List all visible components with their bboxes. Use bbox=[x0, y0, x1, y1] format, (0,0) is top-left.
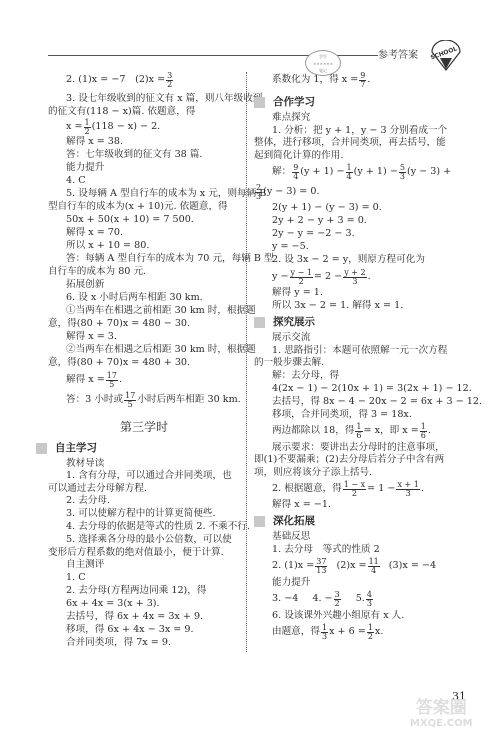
fraction: y + 23 bbox=[343, 269, 366, 286]
text: (y − 3) + bbox=[407, 166, 451, 178]
text: (2)x = bbox=[336, 560, 366, 572]
equation: 2. (1)x = 3713 (2)x = 114 (3)x = −4 bbox=[254, 557, 454, 577]
denominator: 5 bbox=[127, 401, 134, 409]
text-line: 50x + 50(x + 10) = 7 500. bbox=[48, 214, 240, 227]
section-heading-zizhu: 自主学习 bbox=[36, 442, 240, 456]
denominator: 6 bbox=[420, 432, 427, 440]
equation: 系数化为 1，得 x = 97. bbox=[254, 72, 454, 89]
denominator: 4 bbox=[370, 567, 377, 575]
column-divider bbox=[246, 72, 247, 652]
fraction: 23 bbox=[255, 184, 262, 201]
text-line: 4. C bbox=[48, 175, 240, 188]
subheading: 拓展创新 bbox=[48, 279, 240, 292]
watermark: 答案圈 MXQE.COM bbox=[410, 700, 473, 732]
text: x + 6 = bbox=[329, 626, 366, 638]
text: 系数化为 1，得 x = bbox=[272, 74, 358, 86]
denominator: 3 bbox=[321, 633, 328, 641]
text-line: 型自行车的成本为(x + 10)元. 依题意，得 bbox=[48, 201, 240, 214]
fraction: 3713 bbox=[315, 558, 327, 575]
denominator: 4 bbox=[292, 173, 299, 181]
text-line: 2y + 2 − y + 3 = 0. bbox=[254, 215, 454, 228]
text: (y + 1) − bbox=[354, 166, 398, 178]
text: (y + 1) − bbox=[300, 166, 344, 178]
denominator: 3 bbox=[366, 600, 373, 608]
text-line: 2. 去分母(方程两边同乘 12)，得 bbox=[48, 585, 240, 598]
text-line: 解得 x = −1. bbox=[254, 499, 454, 512]
equation: y − y − 12 = 2 − y + 23 . bbox=[254, 267, 454, 287]
subheading: 能力提升 bbox=[48, 162, 240, 175]
subheading: 自主测评 bbox=[48, 559, 240, 572]
text-line: 2. 去分母. bbox=[48, 495, 240, 508]
text-paragraph: 1. 含有分母，可以通过合并同类项，也可以通过去分母解方程. bbox=[48, 470, 240, 495]
text-line: 6. 设该课外兴趣小组原有 x 人. bbox=[254, 610, 454, 623]
right-column: 系数化为 1，得 x = 97. 合作学习 难点探究 1. 分析：把 y + 1… bbox=[254, 72, 454, 643]
equation: 2. 根据题意，得 1 − x2 = 1 − x + 13 . bbox=[254, 479, 454, 499]
denominator: 3 bbox=[351, 278, 358, 286]
text-line: 意，得(80 + 70)x = 480 − 30. bbox=[48, 318, 240, 331]
text-line: 解得 x = 70. bbox=[48, 227, 240, 240]
equation: 3. −4 4. − 32 5. 43 bbox=[254, 590, 454, 610]
text-line: ②当两车在相遇之后相距 30 km 时，根据题 bbox=[48, 344, 240, 357]
denominator: 7 bbox=[359, 81, 366, 89]
text: 4. − bbox=[312, 593, 332, 605]
heading-text: 合作学习 bbox=[273, 96, 315, 110]
text-line: 所以 x + 10 = 80. bbox=[48, 240, 240, 253]
subheading: 基础反思 bbox=[254, 531, 454, 544]
fraction: 97 bbox=[359, 72, 366, 89]
text-line: ①当两车在相遇之前相距 30 km 时，根据题 bbox=[48, 305, 240, 318]
text-line: 解：去分母，得 bbox=[254, 370, 454, 383]
text: 2. 根据题意，得 bbox=[272, 483, 342, 495]
denominator: 2 bbox=[351, 490, 358, 498]
denominator: 5 bbox=[108, 381, 115, 389]
text: (3)x = −4 bbox=[389, 560, 436, 572]
text: 2. (1)x = bbox=[272, 560, 314, 572]
text-line: 1. 去分母 等式的性质 2 bbox=[254, 544, 454, 557]
fraction: 13 bbox=[321, 624, 328, 641]
denominator: 2 bbox=[367, 633, 374, 641]
section-icon bbox=[36, 443, 47, 454]
text-line: 答：每辆 A 型自行车的成本为 70 元，每辆 B 型 bbox=[48, 253, 240, 266]
text-line: 3. 可以使解方程中的计算更简便些. bbox=[48, 508, 240, 521]
text: = 2 − bbox=[314, 271, 342, 283]
left-column: 2. (1)x = −7 (2)x = 32 3. 设七年级收到的征文有 x 篇… bbox=[48, 72, 240, 650]
denominator: 2 bbox=[298, 278, 305, 286]
fraction: 114 bbox=[368, 558, 380, 575]
text-paragraph: 展示要求：要讲出去分母时的注意事项，即(1)不要漏乘；(2)去分母后若分子中含有… bbox=[254, 442, 454, 479]
equation: 解得 x = 175. bbox=[48, 370, 240, 390]
denominator: 3 bbox=[255, 193, 262, 201]
text-line: 移项，合并同类项，得 3 = 18x. bbox=[254, 409, 454, 422]
denominator: 2 bbox=[84, 128, 91, 136]
text-line: 2y − y = −2 − 3. bbox=[254, 228, 454, 241]
text: = 1 − bbox=[367, 483, 395, 495]
section-icon bbox=[254, 97, 265, 108]
fraction: 16 bbox=[420, 423, 427, 440]
section-heading-hezuo: 合作学习 bbox=[254, 96, 454, 110]
heading-text: 探究展示 bbox=[273, 316, 315, 330]
text: (y − 3) = 0. bbox=[263, 186, 319, 198]
equation: 解： 94 (y + 1) − 14 (y + 1) − 53 (y − 3) … bbox=[254, 162, 454, 182]
denominator: 4 bbox=[346, 173, 353, 181]
text: . bbox=[368, 271, 371, 283]
text-line: 解得 x = 3. bbox=[48, 331, 240, 344]
text-line: 所以 3x − 2 = 1. 解得 x = 1. bbox=[254, 300, 454, 313]
subheading: 难点探究 bbox=[254, 112, 454, 125]
equation: 由题意，得 13 x + 6 = 12 x. bbox=[254, 623, 454, 643]
text: 5. bbox=[356, 593, 365, 605]
answer-3-line2: 的征文有(118 − x)篇. 依题意，得 bbox=[48, 106, 240, 119]
fraction: x + 13 bbox=[396, 481, 419, 498]
fraction: 175 bbox=[106, 372, 118, 389]
text-line: 2(y + 1) − (y − 3) = 0. bbox=[254, 202, 454, 215]
denominator: 6 bbox=[355, 432, 362, 440]
answer-6-conclusion: 答：3 小时或 175 小时后两车相距 30 km. bbox=[48, 390, 240, 410]
answer-2: 2. (1)x = −7 (2)x = 32 bbox=[48, 72, 240, 89]
text-line: 4(2x − 1) − 2(10x + 1) = 3(2x + 1) − 12. bbox=[254, 383, 454, 396]
text-line: 自行车的成本为 80 元. bbox=[48, 266, 240, 279]
section-heading-tanjiu: 探究展示 bbox=[254, 316, 454, 330]
denominator: 13 bbox=[315, 567, 327, 575]
subheading: 能力提升 bbox=[254, 577, 454, 590]
text-line: 移项，得 6x + 4x − 3x = 9. bbox=[48, 624, 240, 637]
text: 2. (1)x = −7 (2)x = bbox=[66, 74, 165, 86]
fraction: 1 − x2 bbox=[343, 481, 366, 498]
text-line: 解得 y = 1. bbox=[254, 287, 454, 300]
text: 3. −4 bbox=[272, 593, 298, 605]
text: 小时后两车相距 30 km. bbox=[137, 394, 240, 406]
text-line: 答：七年级收到的征文有 38 篇. bbox=[48, 149, 240, 162]
stamp-line: ×××××× bbox=[306, 60, 340, 67]
denominator: 2 bbox=[334, 600, 341, 608]
fraction: 175 bbox=[124, 392, 136, 409]
text: x = bbox=[66, 121, 83, 133]
section-icon bbox=[254, 317, 265, 328]
text-line: y = −5. bbox=[254, 241, 454, 254]
text-line: 5. 设每辆 A 型自行车的成本为 x 元，则每辆 B bbox=[48, 188, 240, 201]
text: y − bbox=[272, 271, 289, 283]
fraction: 43 bbox=[366, 591, 373, 608]
heading-text: 自主学习 bbox=[55, 442, 97, 456]
fraction: 12 bbox=[84, 119, 91, 136]
text-line: 6x + 4x = 3(x + 3). bbox=[48, 598, 240, 611]
text-line: 去括号，得 6x + 4x = 3x + 9. bbox=[48, 611, 240, 624]
text-paragraph: 5. 选择乘各分母的最小公倍数，可以使变形后方程系数的绝对值最小，便于计算. bbox=[48, 534, 240, 559]
fraction: 53 bbox=[399, 164, 406, 181]
school-logo-icon: SCHOOL bbox=[424, 40, 468, 72]
text: x. bbox=[375, 626, 383, 638]
text-line: 去括号，得 8x − 4 − 20x − 2 = 6x + 3 − 12. bbox=[254, 396, 454, 409]
text: = x，即 x = bbox=[364, 425, 419, 437]
fraction: 14 bbox=[346, 164, 353, 181]
text: 解得 x = bbox=[66, 374, 105, 386]
subheading: 展示交流 bbox=[254, 332, 454, 345]
text: . bbox=[428, 425, 431, 437]
text: 由题意，得 bbox=[272, 626, 320, 638]
fraction: 32 bbox=[166, 72, 173, 89]
denominator: 2 bbox=[166, 81, 173, 89]
section-heading-shenhua: 深化拓展 bbox=[254, 515, 454, 529]
text-line: 1. C bbox=[48, 572, 240, 585]
section-title: 第三学时 bbox=[48, 420, 240, 436]
fraction: y − 12 bbox=[290, 269, 313, 286]
subheading: 教材导读 bbox=[48, 457, 240, 470]
section-icon bbox=[254, 516, 265, 527]
text-line: 解得 x = 38. bbox=[48, 136, 240, 149]
text-paragraph: 1. 思路指引：本题可依照解一元一次方程的一般步骤去解. bbox=[254, 345, 454, 370]
text: 解： bbox=[272, 166, 291, 178]
answer-3-line1: 3. 设七年级收到的征文有 x 篇，则八年级收到 bbox=[48, 93, 240, 106]
text-line: 2. 设 3x − 2 = y，则原方程可化为 bbox=[254, 254, 454, 267]
fraction: 94 bbox=[292, 164, 299, 181]
stamp-line: 学生 bbox=[306, 53, 340, 60]
denominator: 3 bbox=[405, 490, 412, 498]
equation: x = 12 (118 − x) − 2. bbox=[48, 119, 240, 136]
fraction: 32 bbox=[334, 591, 341, 608]
text-line: 意，得(80 + 70)x = 480 + 30. bbox=[48, 357, 240, 370]
watermark-cn: 答案圈 bbox=[416, 698, 467, 718]
denominator: 3 bbox=[399, 173, 406, 181]
text: 两边都除以 18，得 bbox=[272, 425, 354, 437]
header-title: 参考答案 bbox=[378, 49, 418, 62]
text-paragraph: 1. 分析：把 y + 1，y − 3 分别看成一个整体，进行移项，合并同类项，… bbox=[254, 125, 454, 162]
text: 答：3 小时或 bbox=[66, 394, 123, 406]
text: (118 − x) − 2. bbox=[92, 121, 161, 133]
text: . bbox=[421, 483, 424, 495]
heading-text: 深化拓展 bbox=[273, 515, 315, 529]
fraction: 16 bbox=[355, 423, 362, 440]
text-line: 4. 去分母的依据是等式的性质 2. 不乘不行. bbox=[48, 521, 240, 534]
equation: 23 (y − 3) = 0. bbox=[254, 182, 454, 202]
text-line: 6. 设 x 小时后两车相距 30 km. bbox=[48, 292, 240, 305]
watermark-en: MXQE.COM bbox=[410, 716, 473, 732]
fraction: 12 bbox=[367, 624, 374, 641]
text-line: 合并同类项，得 7x = 9. bbox=[48, 637, 240, 650]
equation: 两边都除以 18，得 16 = x，即 x = 16 . bbox=[254, 422, 454, 442]
